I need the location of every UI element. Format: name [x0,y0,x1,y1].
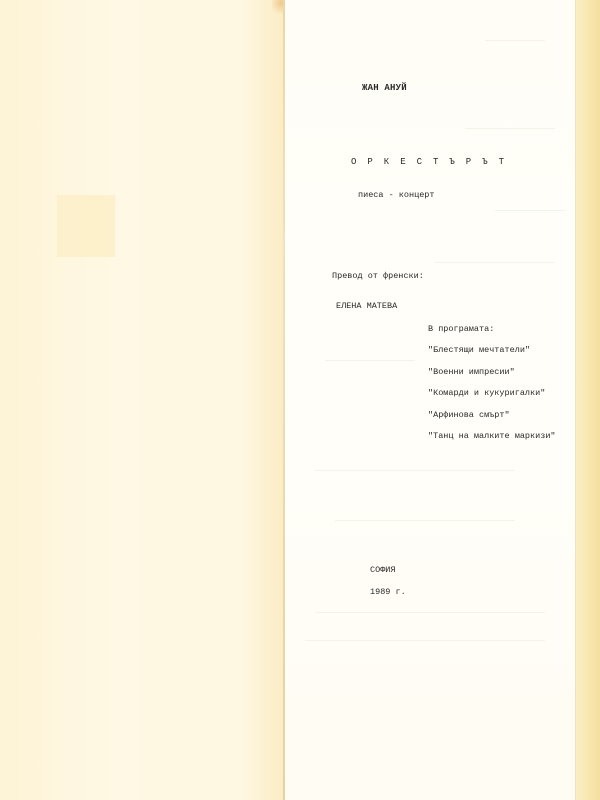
bleed-through [495,210,565,211]
publication-city: СОФИЯ [370,566,396,575]
programme-label: В програмата: [428,325,494,334]
author-name: ЖАН АНУЙ [362,84,407,93]
programme-list: "Блестящи мечтатели" "Военни импресии" "… [428,346,556,454]
next-page-edge [576,0,600,800]
programme-item: "Арфинова смърт" [428,411,556,433]
bleed-through [335,520,515,521]
bleed-through [465,128,555,129]
publication-year: 1989 г. [370,588,406,597]
bleed-through [305,640,545,641]
bleed-through [315,470,515,471]
translation-label: Превод от френски: [332,272,424,281]
bleed-through [315,612,545,613]
scanned-document: ЖАН АНУЙ О Р К Е С Т Ъ Р Ъ Т пиеса - кон… [0,0,600,800]
play-title: О Р К Е С Т Ъ Р Ъ Т [351,158,507,167]
bleed-through [485,40,545,41]
paper-stain [57,195,115,257]
left-page [0,0,284,800]
play-subtitle: пиеса - концерт [358,191,435,200]
bleed-through [325,360,415,361]
programme-item: "Блестящи мечтатели" [428,346,556,368]
programme-item: "Танц на малките маркизи" [428,432,556,454]
programme-item: "Военни импресии" [428,368,556,390]
programme-item: "Комарди и кукуригалки" [428,389,556,411]
bleed-through [435,262,555,263]
translator-name: ЕЛЕНА МАТЕВА [336,302,397,311]
